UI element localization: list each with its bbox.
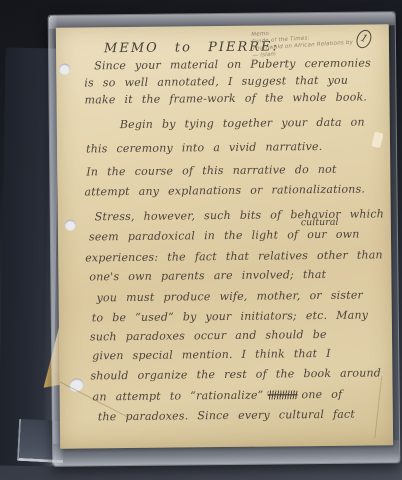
hole-punch-top xyxy=(59,64,70,75)
page-number: 1 xyxy=(359,33,369,46)
memo-line: is so well annotated, I suggest that you xyxy=(84,74,348,90)
memo-line: experiences: the fact that relatives oth… xyxy=(85,248,383,264)
inserted-word-cultural: cultural xyxy=(301,217,339,228)
memo-line-with-strikeout: an attempt to “rationalize”one of xyxy=(93,388,343,404)
memo-line: attempt any explanations or rationalizat… xyxy=(84,183,365,199)
memo-line: Stress, however, such bits of behavior w… xyxy=(95,207,384,223)
memo-line: In the course of this narrative do not xyxy=(86,163,336,179)
memo-line: Begin by tying together your data on xyxy=(120,116,365,132)
memo-line: this ceremony into a vivid narrative. xyxy=(86,140,322,155)
memo-line: you must produce wife, mother, or sister xyxy=(97,289,364,305)
plastic-sleeve: MEMO to PIERRE: Memo Guide of the Times:… xyxy=(48,11,401,467)
memo-line: to be “used” by your initiators; etc. Ma… xyxy=(92,308,368,324)
memo-line: the paradoxes. Since every cultural fact xyxy=(98,408,355,424)
memo-line: Since your material on Puberty ceremonie… xyxy=(94,56,371,72)
memo-page: MEMO to PIERRE: Memo Guide of the Times:… xyxy=(56,24,393,448)
memo-line: seem paradoxical in the light of our own xyxy=(89,228,360,244)
scribbled-out-word xyxy=(267,390,297,399)
memo-line: should organize the rest of the book aro… xyxy=(90,366,381,382)
memo-line: make it the frame-work of the whole book… xyxy=(84,90,367,106)
strike-line-before: an attempt to “rationalize” xyxy=(93,389,264,404)
memo-line: such paradoxes occur and should be xyxy=(90,328,327,343)
memo-line: given special mention. I think that I xyxy=(92,347,331,362)
memo-line: one's own parents are involved; that xyxy=(89,268,326,283)
hole-punch-middle xyxy=(65,220,76,231)
strike-line-after: one of xyxy=(301,388,342,401)
page-crease-right xyxy=(374,377,382,439)
tape-notch xyxy=(371,132,383,149)
photo-of-memo-document: MEMO to PIERRE: Memo Guide of the Times:… xyxy=(0,0,402,480)
